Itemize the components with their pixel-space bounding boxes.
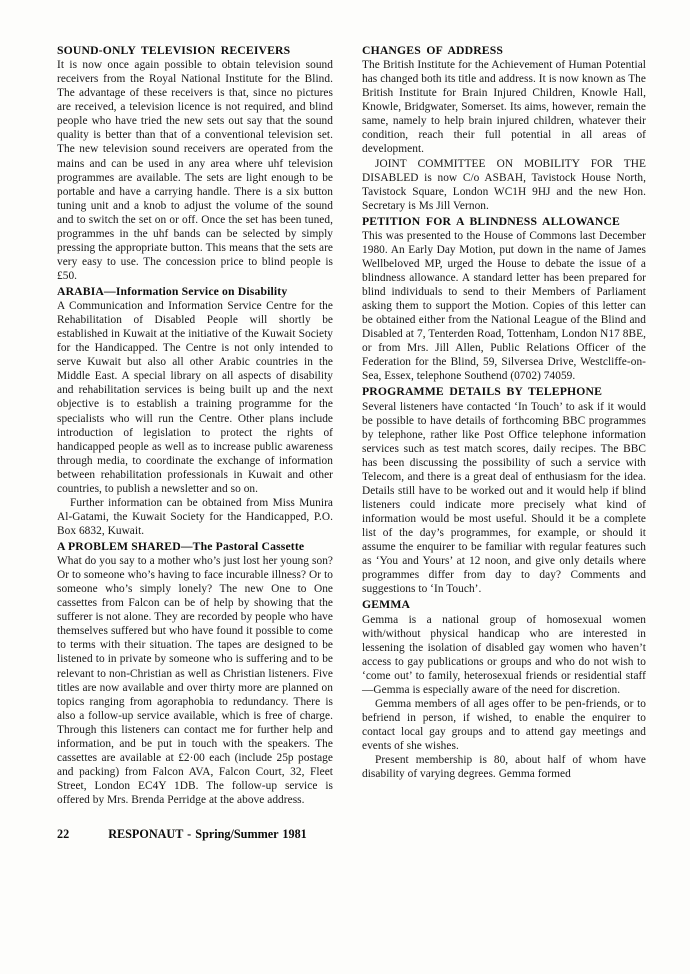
section-heading: GEMMA (362, 598, 646, 612)
section-paragraph: JOINT COMMITTEE ON MOBILITY FOR THE DISA… (362, 157, 646, 213)
section-paragraph: A Communication and Information Service … (57, 299, 333, 496)
section-heading: SOUND-ONLY TELEVISION RECEIVERS (57, 44, 333, 58)
section-heading: ARABIA—Information Service on Disability (57, 285, 333, 299)
section-paragraph: Gemma members of all ages offer to be pe… (362, 697, 646, 753)
section-paragraph: What do you say to a mother who’s just l… (57, 554, 333, 807)
section-sound-only-tv: SOUND-ONLY TELEVISION RECEIVERS It is no… (57, 44, 333, 283)
left-column: SOUND-ONLY TELEVISION RECEIVERS It is no… (57, 42, 333, 842)
section-heading: A PROBLEM SHARED—The Pastoral Cassette (57, 540, 333, 554)
section-heading: CHANGES OF ADDRESS (362, 44, 646, 58)
journal-title: RESPONAUT - Spring/Summer 1981 (108, 827, 307, 842)
section-paragraph: Several listeners have contacted ‘In Tou… (362, 400, 646, 597)
section-petition-blindness: PETITION FOR A BLINDNESS ALLOWANCE This … (362, 215, 646, 384)
section-paragraph: The British Institute for the Achievemen… (362, 58, 646, 156)
section-paragraph: This was presented to the House of Commo… (362, 229, 646, 384)
section-changes-of-address: CHANGES OF ADDRESS The British Institute… (362, 44, 646, 213)
magazine-page: SOUND-ONLY TELEVISION RECEIVERS It is no… (0, 0, 690, 974)
section-programme-details: PROGRAMME DETAILS BY TELEPHONE Several l… (362, 385, 646, 596)
section-heading: PROGRAMME DETAILS BY TELEPHONE (362, 385, 646, 399)
section-heading: PETITION FOR A BLINDNESS ALLOWANCE (362, 215, 646, 229)
two-column-layout: SOUND-ONLY TELEVISION RECEIVERS It is no… (0, 0, 690, 842)
section-paragraph: Gemma is a national group of homosexual … (362, 613, 646, 697)
section-paragraph: Present membership is 80, about half of … (362, 753, 646, 781)
section-paragraph: It is now once again possible to obtain … (57, 58, 333, 283)
right-column: CHANGES OF ADDRESS The British Institute… (362, 42, 646, 842)
section-arabia: ARABIA—Information Service on Disability… (57, 285, 333, 538)
section-gemma: GEMMA Gemma is a national group of homos… (362, 598, 646, 781)
section-problem-shared: A PROBLEM SHARED—The Pastoral Cassette W… (57, 540, 333, 807)
page-number: 22 (57, 827, 69, 842)
page-footer: 22 RESPONAUT - Spring/Summer 1981 (57, 827, 333, 842)
section-paragraph: Further information can be obtained from… (57, 496, 333, 538)
